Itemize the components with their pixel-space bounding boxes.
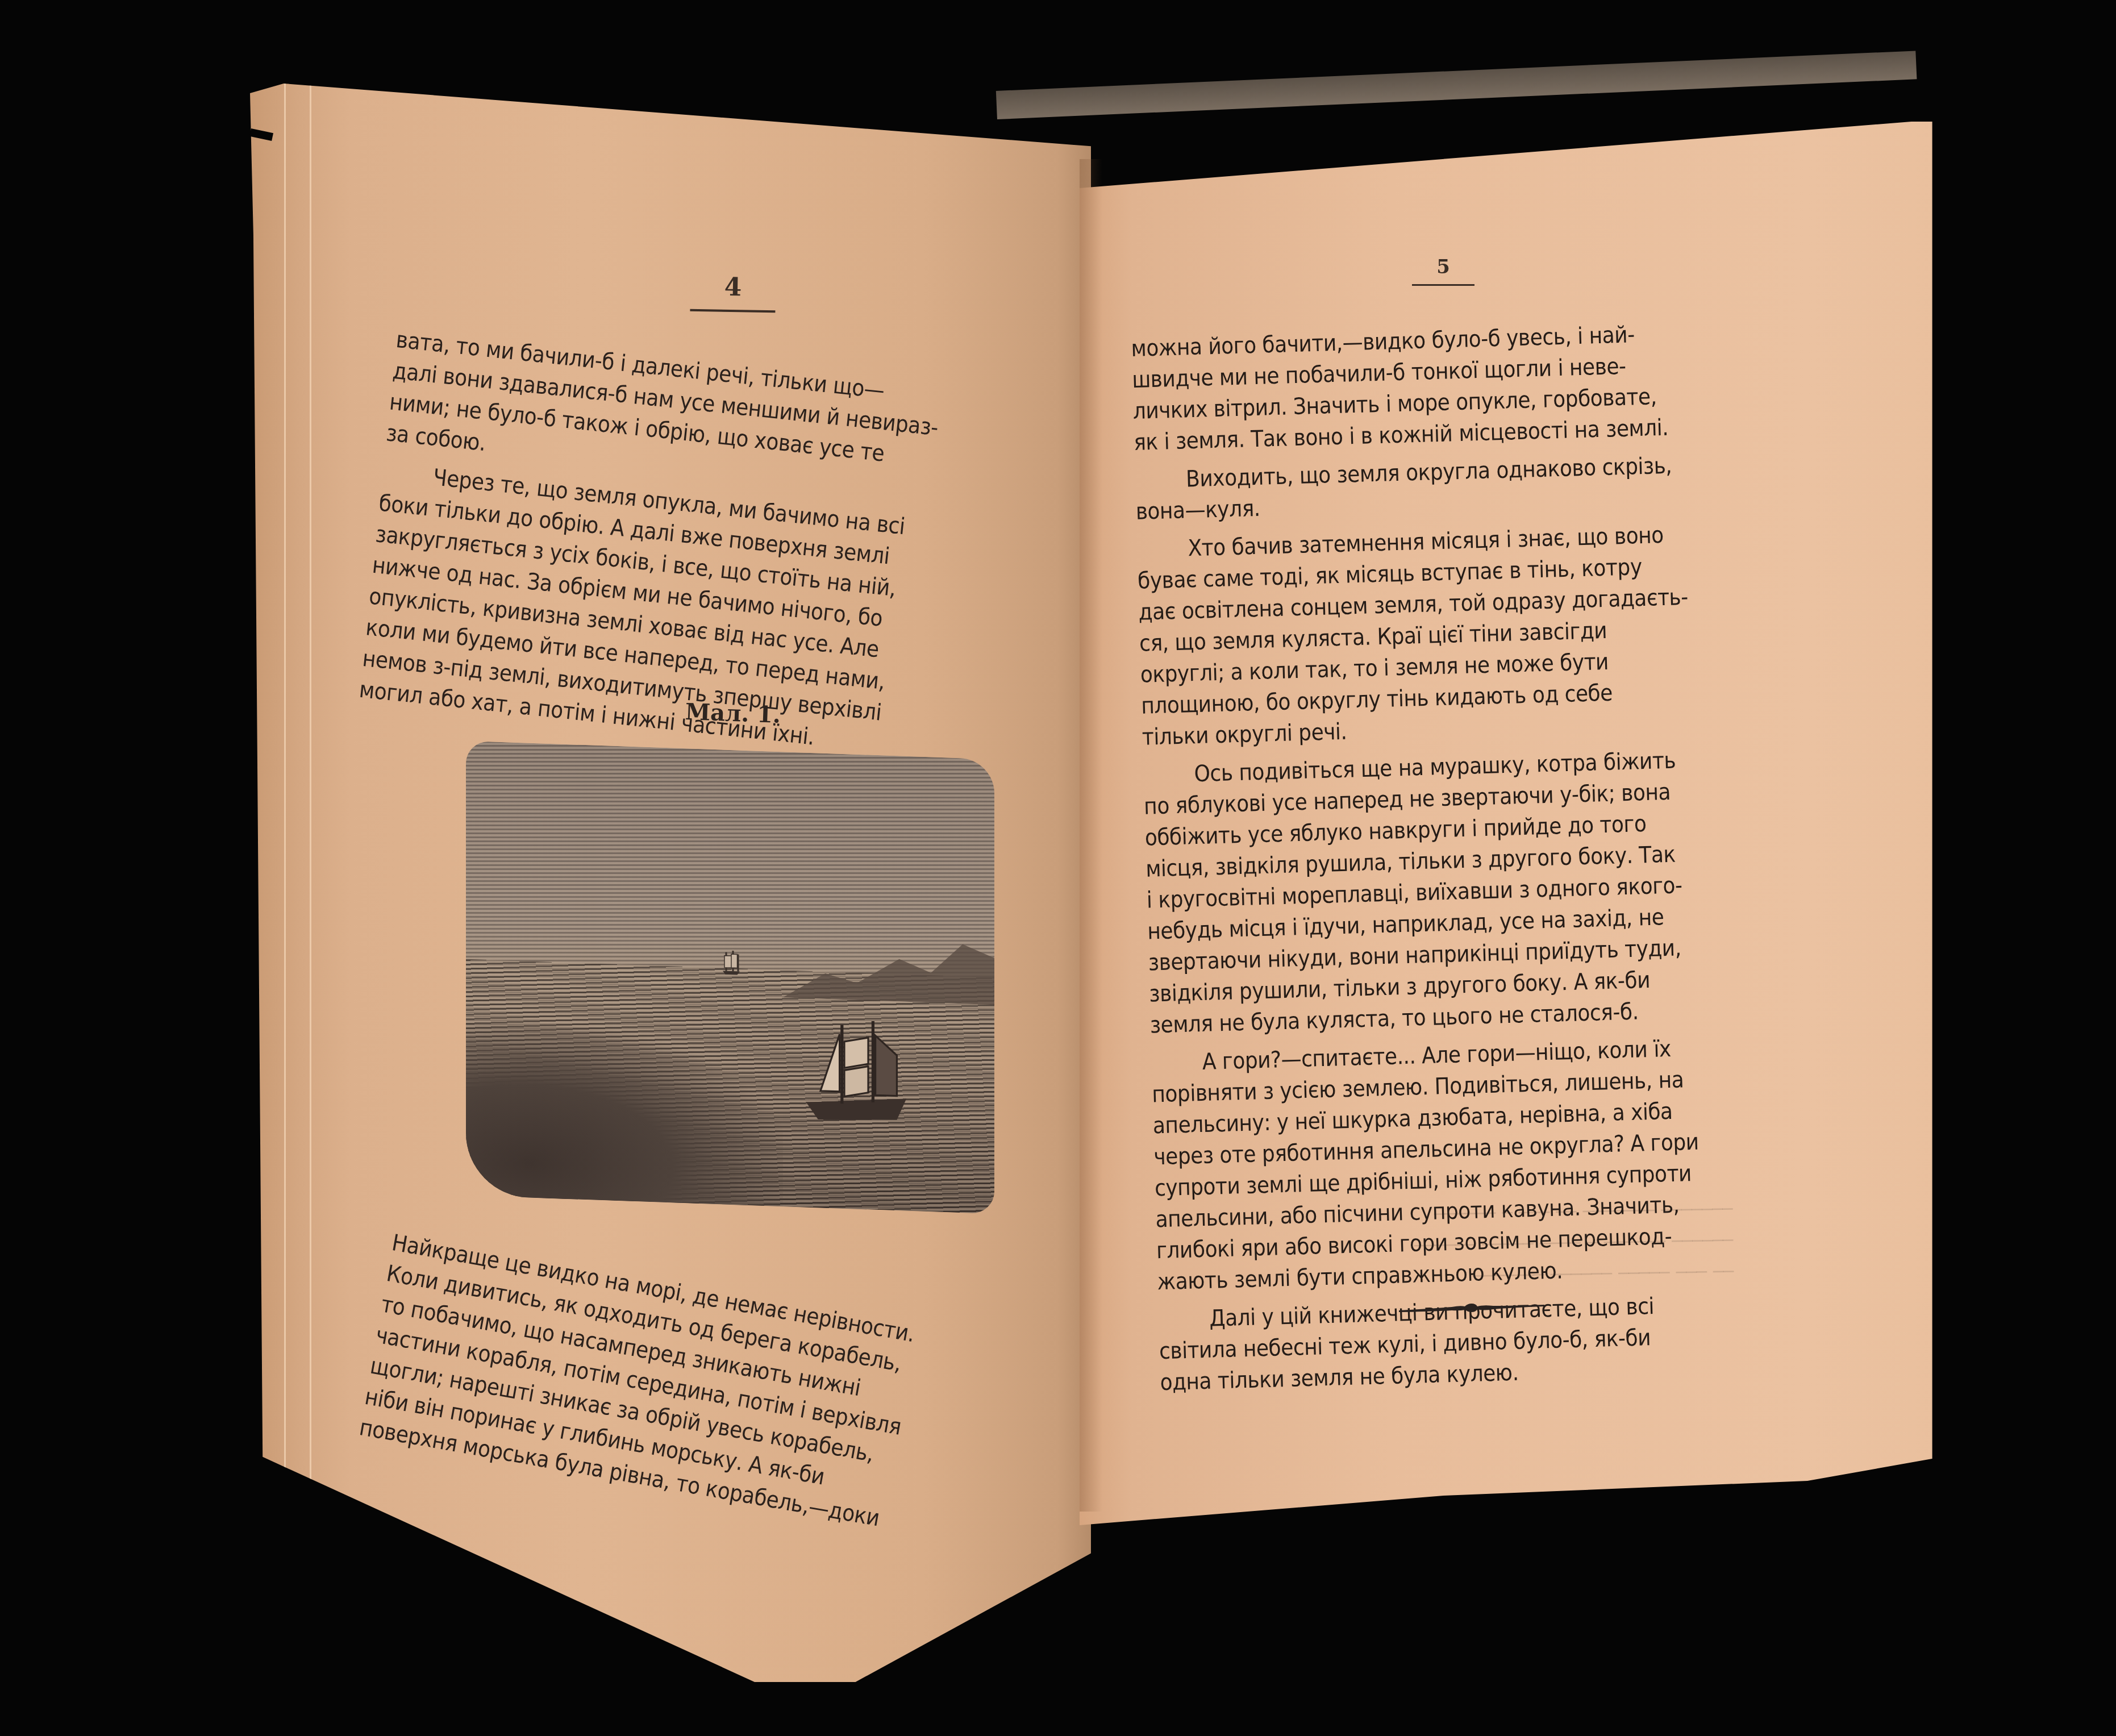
page-number-rule — [690, 309, 775, 313]
page-number-rule — [1412, 284, 1474, 286]
distant-hills-icon — [783, 934, 994, 1005]
paragraph: Хто бачив затемнення місяця і знає, що в… — [1136, 517, 1767, 753]
paragraph: можна його бачити,—видко було-б увесь, і… — [1131, 316, 1759, 459]
right-page-text: можна його бачити,—видко було-б увесь, і… — [1131, 316, 1785, 1398]
figure-illustration — [466, 741, 994, 1214]
paragraph: А гори?—спитаєте... Але гори—ніщо, коли … — [1151, 1031, 1782, 1298]
left-page: 4 вата, то ми бачили-б і далекі речі, ті… — [398, 273, 1068, 1466]
right-page: 5 можна його бачити,—видко було-б увесь,… — [1131, 256, 1756, 1335]
page-number: 5 — [1131, 256, 1756, 278]
page-number: 4 — [398, 267, 1069, 308]
distant-ship-icon — [714, 945, 748, 980]
book-cover-edge — [996, 51, 1917, 119]
rocky-shore — [466, 1023, 783, 1206]
open-book: 4 вата, то ми бачили-б і далекі речі, ті… — [0, 0, 2116, 1736]
end-ornament-icon — [1398, 1301, 1546, 1315]
page-edge-line — [310, 74, 311, 1682]
page-edge-line — [284, 74, 286, 1682]
sailing-ship-icon — [794, 1016, 919, 1140]
paragraph: Ось подивіться ще на мурашку, котра біжи… — [1143, 743, 1775, 1042]
paragraph: Виходить, що земля округла однаково скрі… — [1134, 448, 1761, 528]
gutter-shadow — [1080, 159, 1102, 1512]
